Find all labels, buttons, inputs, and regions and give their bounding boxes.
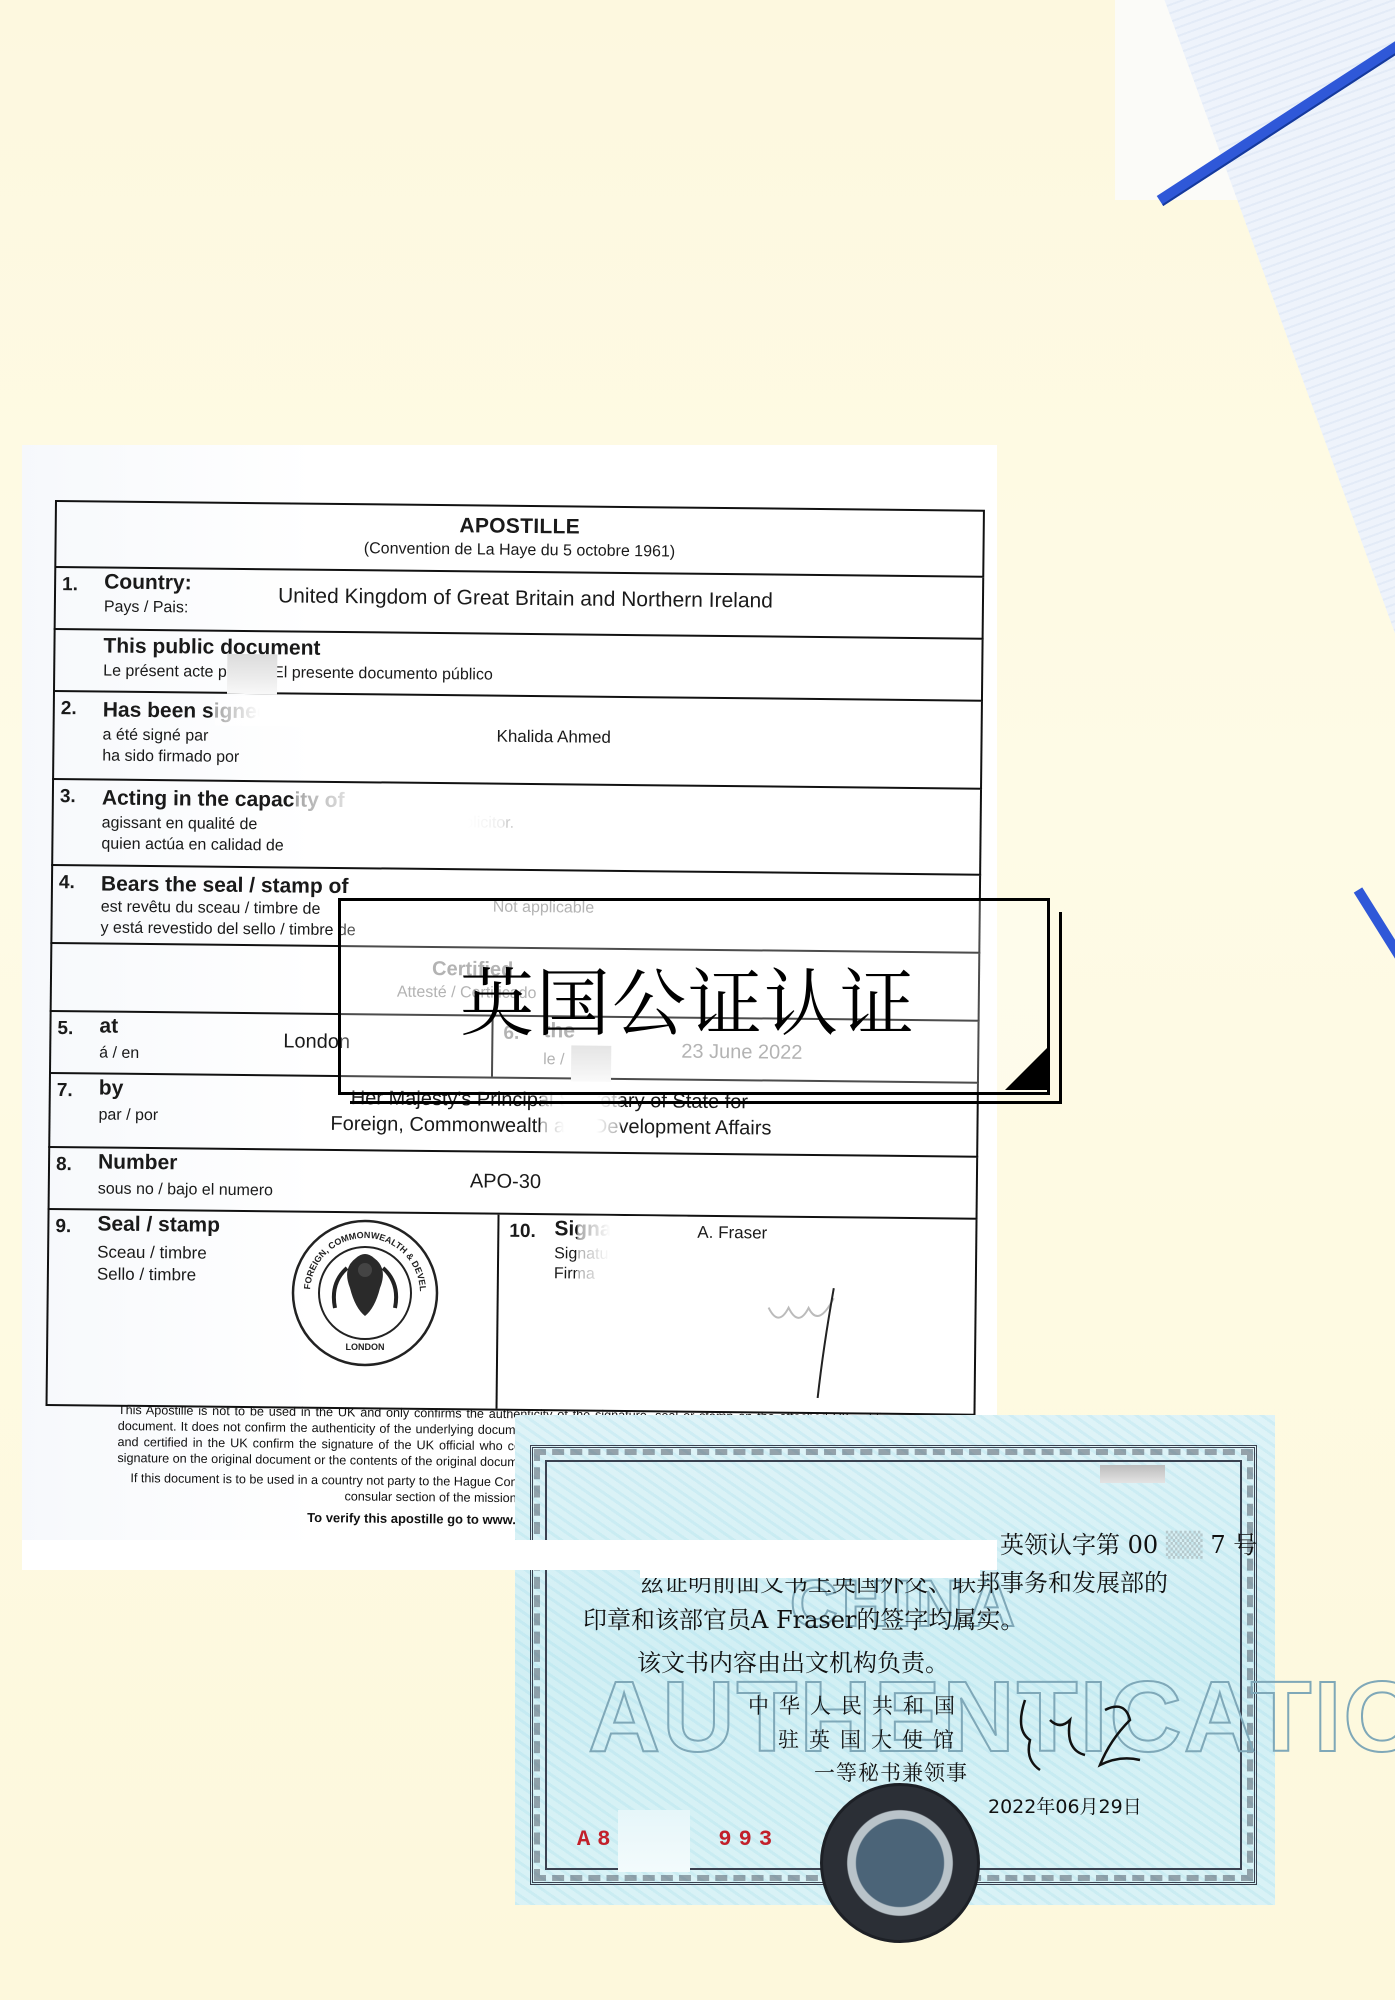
field-label: at (99, 1014, 118, 1038)
cert-ref-prefix: 英领认字第 00 (1000, 1531, 1158, 1559)
overlay-label-text: 英国公证认证 (460, 945, 916, 1051)
field-number: 4. (59, 872, 75, 894)
field-sublabel: a été signé par (102, 727, 208, 746)
field-label: Number (98, 1150, 178, 1175)
cert-ref-suffix: 7 号 (1210, 1531, 1257, 1559)
field-label: This public document (103, 635, 320, 661)
redaction-mark (227, 654, 277, 695)
field-country: 1. Country: Pays / Pais: United Kingdom … (54, 568, 985, 640)
field-sublabel: Sceau / timbre (97, 1242, 207, 1263)
cert-text-line-2: 印章和该部官员A Fraser的签字均属实。 (583, 1600, 1024, 1635)
field-sublabel: á / en (99, 1044, 139, 1062)
field-sublabel: Le présent acte public / El presente doc… (103, 663, 493, 685)
country-value: United Kingdom of Great Britain and Nort… (278, 584, 773, 613)
fcdo-seal-icon: FOREIGN, COMMONWEALTH & DEVELOPMENT OFFI… (290, 1218, 440, 1368)
field-label: Bears the seal / stamp of (101, 873, 349, 900)
field-number: 2. (61, 698, 77, 720)
field-number: 7. (57, 1080, 73, 1102)
field-sublabel: y está revestido del sello / timbre de (100, 920, 355, 941)
field-label: Country: (104, 571, 192, 596)
field-seal-signature: 9. Seal / stamp Sceau / timbre Sello / t… (46, 1210, 978, 1416)
field-label: Seal / stamp (97, 1212, 220, 1237)
apostille-header: APOSTILLE (Convention de La Haye du 5 oc… (54, 500, 985, 578)
field-number: 5. (57, 1018, 73, 1040)
field-capacity: 3. Acting in the capacity of agissant en… (51, 780, 982, 876)
field-sublabel: quien actúa en calidad de (101, 836, 284, 856)
overlay-corner-icon (1005, 1045, 1050, 1090)
signatory-name: A. Fraser (697, 1223, 767, 1244)
svg-text:LONDON: LONDON (346, 1342, 385, 1352)
column-divider (496, 1215, 500, 1409)
field-number: 8. (56, 1154, 72, 1176)
serial-end: 993 (718, 1827, 779, 1852)
issuer-line-1: 中华人民共和国 (748, 1690, 965, 1720)
redaction-mark (577, 1216, 688, 1287)
cert-date: 2022年06月29日 (988, 1792, 1142, 1819)
field-public-document: This public document Le présent acte pub… (53, 630, 984, 702)
issuer-line-2: 驻英国大使馆 (778, 1724, 964, 1754)
cert-ref-masked: ▒▒ (1166, 1531, 1203, 1559)
signature-icon (748, 1247, 860, 1398)
field-sublabel: est revêtu du sceau / timbre de (101, 899, 321, 919)
signer-name: Khalida Ahmed (496, 727, 611, 748)
field-sublabel: ha sido firmado por (102, 748, 239, 767)
field-number: 1. (62, 574, 78, 596)
folder-blue-stripe-lower (1354, 887, 1395, 960)
field-number: 3. (60, 786, 76, 808)
field-number-row: 8. Number sous no / bajo el numero APO-3… (48, 1148, 979, 1220)
embassy-hologram-seal-icon (820, 1783, 980, 1943)
field-sublabel: par / por (98, 1106, 158, 1125)
field-label: by (99, 1076, 124, 1100)
field-signed-by: 2. Has been signed by a été signé par ha… (52, 692, 983, 790)
field-sublabel: sous no / bajo el numero (98, 1180, 273, 1200)
apostille-number: APO-30 (470, 1170, 541, 1194)
redaction-mark (1100, 1465, 1165, 1483)
field-sublabel: Sello / timbre (97, 1264, 196, 1285)
cert-ref-line: 英领认字第 00 ▒▒ 7 号 (1000, 1525, 1257, 1560)
field-sublabel: agissant en qualité de (102, 815, 258, 835)
redaction-mark (383, 811, 503, 838)
consul-signature-icon (1010, 1690, 1160, 1780)
field-number: 9. (55, 1216, 71, 1238)
redaction-mark (618, 1810, 690, 1872)
field-number: 10. (509, 1221, 536, 1243)
cert-text-line-3: 该文书内容由出文机构负责。 (637, 1643, 949, 1678)
field-sublabel: Pays / Pais: (104, 599, 189, 618)
redaction-mark (215, 696, 365, 728)
apostille-overlap (640, 1560, 980, 1578)
